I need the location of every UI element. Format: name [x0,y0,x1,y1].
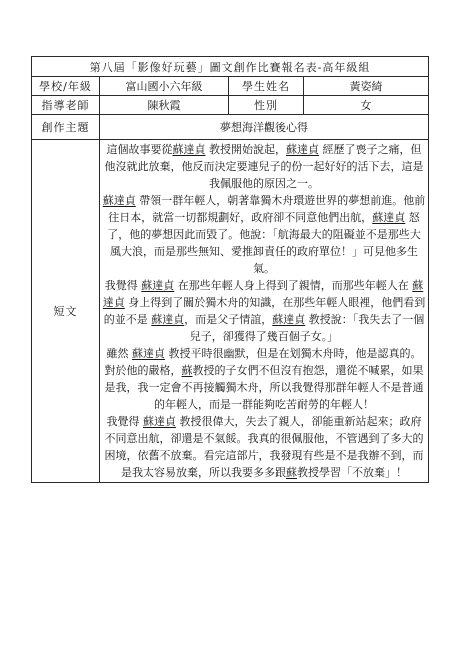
label-school-grade: 學校/年級 [32,77,100,96]
teacher-gender-row: 指導老師 陳秋霞 性別 女 [32,96,429,115]
value-student-name: 黃姿綺 [304,77,429,96]
label-creation-theme: 創作主題 [32,115,100,140]
essay-paragraph: 我覺得 蘇達貞 教授很偉大，失去了親人，卻能重新站起來；政府不同意出航，卻還是不… [102,413,426,481]
registration-form-table: 第八屆「影像好玩藝」圖文創作比賽報名表-高年級組 學校/年級 富山國小六年級 學… [31,56,429,483]
value-advising-teacher: 陳秋霞 [100,96,229,115]
school-name-row: 學校/年級 富山國小六年級 學生姓名 黃姿綺 [32,77,429,96]
value-school-grade: 富山國小六年級 [100,77,229,96]
label-advising-teacher: 指導老師 [32,96,100,115]
form-title: 第八屆「影像好玩藝」圖文創作比賽報名表-高年級組 [32,57,429,77]
essay-paragraph: 蘇達貞 帶領一群年輕人，朝著靠獨木舟環遊世界的夢想前進。他前往日本，就當一切都規… [102,192,426,277]
essay-body: 這個故事要從蘇達貞 教授開始說起，蘇達貞 經歷了喪子之痛，但他沒就此放棄，他反而… [100,140,429,483]
document-page: 第八屆「影像好玩藝」圖文創作比賽報名表-高年級組 學校/年級 富山國小六年級 學… [0,0,458,648]
value-creation-theme: 夢想海洋觀後心得 [100,115,429,140]
label-student-name: 學生姓名 [229,77,304,96]
title-row: 第八屆「影像好玩藝」圖文創作比賽報名表-高年級組 [32,57,429,77]
essay-paragraph: 我覺得 蘇達貞 在那些年輕人身上得到了親情，而那些年輕人在 蘇達貞 身上得到了關… [102,277,426,345]
essay-row: 短文 這個故事要從蘇達貞 教授開始說起，蘇達貞 經歷了喪子之痛，但他沒就此放棄，… [32,140,429,483]
essay-paragraph: 雖然 蘇達貞 教授平時很幽默，但是在划獨木舟時，他是認真的。對於他的嚴格，蘇教授… [102,345,426,413]
label-gender: 性別 [229,96,304,115]
value-gender: 女 [304,96,429,115]
theme-row: 創作主題 夢想海洋觀後心得 [32,115,429,140]
essay-paragraph: 這個故事要從蘇達貞 教授開始說起，蘇達貞 經歷了喪子之痛，但他沒就此放棄，他反而… [102,141,426,192]
label-essay: 短文 [32,140,100,483]
